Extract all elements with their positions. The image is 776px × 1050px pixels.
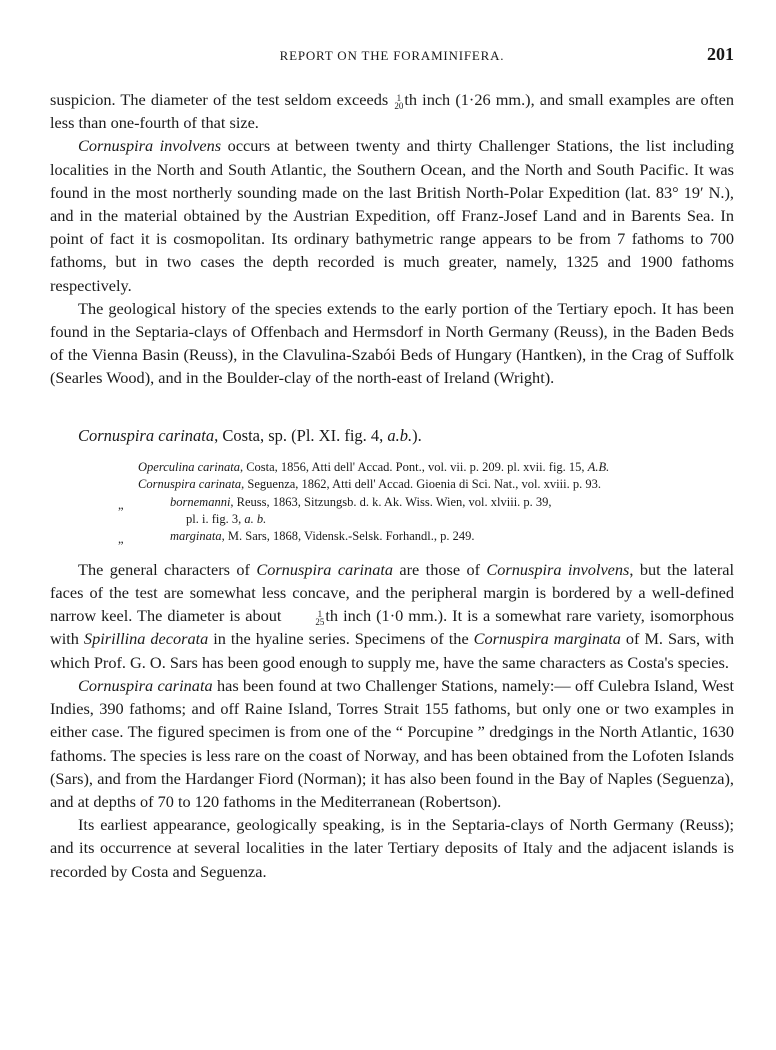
paragraph-6: Its earliest appearance, geologically sp…: [50, 813, 734, 883]
paragraph-2: Cornuspira involvens occurs at between t…: [50, 134, 734, 296]
synonym-name: Operculina carinata: [138, 460, 240, 474]
species-name: Cornuspira carinata: [78, 426, 214, 445]
synonymy-entry: „marginata, M. Sars, 1868, Vidensk.-Sels…: [138, 528, 734, 545]
figure-letters: A.B.: [588, 460, 610, 474]
fraction: 120: [394, 94, 403, 110]
paragraph-3: The geological history of the species ex…: [50, 297, 734, 390]
synonymy-entry: Cornuspira carinata, Seguenza, 1862, Att…: [138, 476, 734, 493]
text-run: Its earliest appearance, geologically sp…: [50, 815, 734, 880]
authority: , Costa, sp. (Pl. XI. fig. 4,: [214, 426, 387, 445]
synonymy-continuation: pl. i. fig. 3, a. b.: [138, 511, 734, 528]
species-name: Cornuspira involvens: [78, 136, 221, 155]
text-run: ).: [412, 426, 422, 445]
species-heading: Cornuspira carinata, Costa, sp. (Pl. XI.…: [50, 424, 734, 447]
citation: , M. Sars, 1868, Vidensk.-Selsk. Forhand…: [222, 529, 475, 543]
synonymy-list: Operculina carinata, Costa, 1856, Atti d…: [138, 459, 734, 546]
running-title: REPORT ON THE FORAMINIFERA.: [50, 48, 734, 64]
synonymy-entry: „bornemanni, Reuss, 1863, Sitzungsb. d. …: [138, 494, 734, 511]
species-name: Cornuspira involvens: [486, 560, 629, 579]
fraction-denominator: 20: [394, 102, 403, 110]
synonym-name: bornemanni: [170, 495, 230, 509]
text-run: has been found at two Challenger Station…: [50, 676, 734, 811]
ditto-mark: „: [118, 497, 124, 514]
paragraph-1: suspicion. The diameter of the test seld…: [50, 88, 734, 134]
figure-letters: a. b.: [244, 512, 266, 526]
text-run: occurs at between twenty and thirty Chal…: [50, 136, 734, 294]
species-name: Spirillina decorata: [84, 629, 208, 648]
fraction: 125: [287, 610, 324, 626]
citation: , Costa, 1856, Atti dell' Accad. Pont., …: [240, 460, 588, 474]
text-run: in the hyaline series. Specimens of the: [208, 629, 473, 648]
synonymy-entry: Operculina carinata, Costa, 1856, Atti d…: [138, 459, 734, 476]
text-run: The general characters of: [78, 560, 256, 579]
text-run: suspicion. The diameter of the test seld…: [50, 90, 393, 109]
text-run: are those of: [393, 560, 486, 579]
synonym-name: marginata: [170, 529, 222, 543]
citation: , Reuss, 1863, Sitzungsb. d. k. Ak. Wiss…: [230, 495, 551, 509]
species-name: Cornuspira marginata: [474, 629, 621, 648]
paragraph-4: The general characters of Cornuspira car…: [50, 558, 734, 674]
figure-letters: a.b.: [387, 426, 412, 445]
page-number: 201: [707, 44, 734, 65]
body-text: suspicion. The diameter of the test seld…: [50, 88, 734, 883]
fraction-denominator: 25: [287, 618, 324, 626]
species-name: Cornuspira carinata: [78, 676, 213, 695]
running-header: REPORT ON THE FORAMINIFERA. 201: [50, 44, 734, 68]
paragraph-5: Cornuspira carinata has been found at tw…: [50, 674, 734, 813]
species-name: Cornuspira carinata: [256, 560, 393, 579]
text-run: The geological history of the species ex…: [50, 299, 734, 388]
citation: pl. i. fig. 3,: [186, 512, 244, 526]
ditto-mark: „: [118, 531, 124, 548]
citation: , Seguenza, 1862, Atti dell' Accad. Gioe…: [241, 477, 601, 491]
synonym-name: Cornuspira carinata: [138, 477, 241, 491]
